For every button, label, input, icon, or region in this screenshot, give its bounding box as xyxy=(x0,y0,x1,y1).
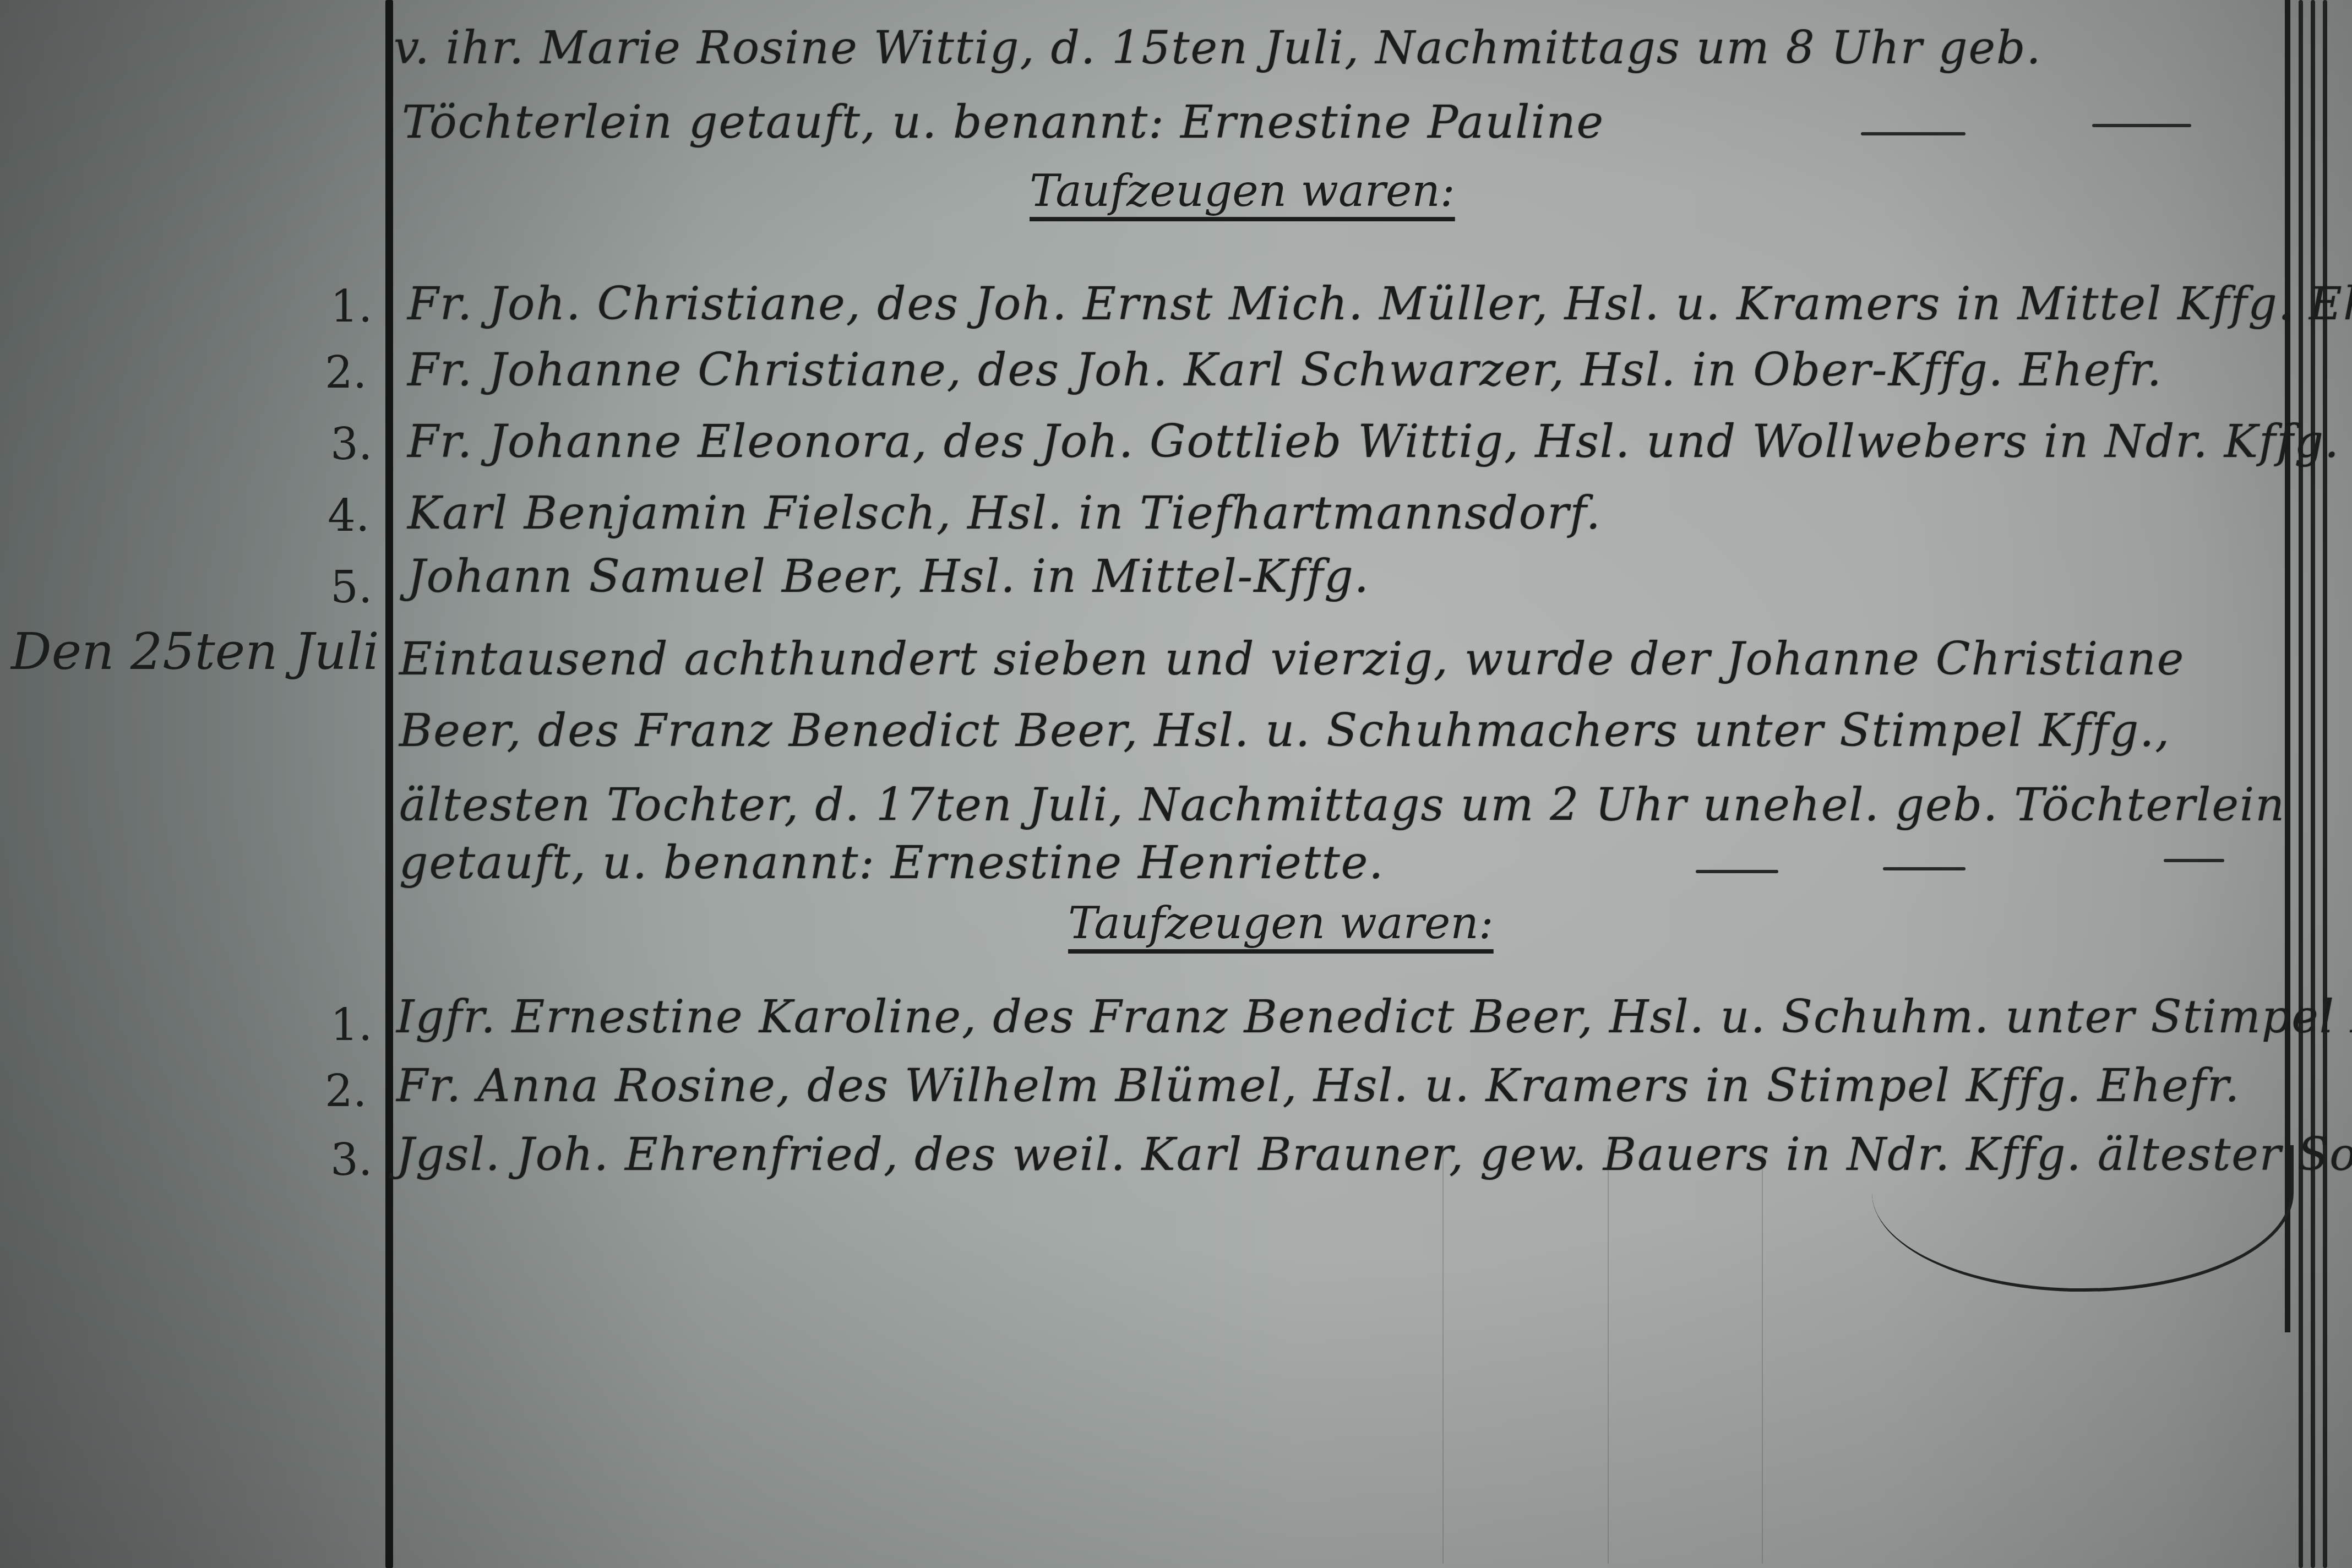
main-entry-line-2: Beer, des Franz Benedict Beer, Hsl. u. S… xyxy=(399,705,2170,757)
margin-rule-line xyxy=(385,0,393,1568)
line-filler-dash xyxy=(1696,870,1778,873)
witness-number: 3. xyxy=(330,1134,372,1185)
witness-number: 4. xyxy=(328,490,369,541)
line-filler-dash xyxy=(1861,132,1966,135)
main-entry-line-3: ältesten Tochter, d. 17ten Juli, Nachmit… xyxy=(399,779,2285,831)
witness-entry: Fr. Johanne Eleonora, des Joh. Gottlieb … xyxy=(407,416,2352,468)
witness-number: 1. xyxy=(330,281,372,332)
witness-entry: Igfr. Ernestine Karoline, des Franz Bene… xyxy=(396,991,2352,1043)
margin-date: Den 25ten Juli xyxy=(11,622,379,681)
witness-entry: Karl Benjamin Fielsch, Hsl. in Tiefhartm… xyxy=(407,487,1602,540)
prev-entry-line-1: v. ihr. Marie Rosine Wittig, d. 15ten Ju… xyxy=(394,22,2042,74)
witness-entry: Fr. Johanne Christiane, des Joh. Karl Sc… xyxy=(407,344,2163,396)
witness-heading-2: Taufzeugen waren: xyxy=(1068,897,1494,949)
witness-entry: Johann Samuel Beer, Hsl. in Mittel-Kffg. xyxy=(407,551,1370,603)
witness-entry: Fr. Joh. Christiane, des Joh. Ernst Mich… xyxy=(407,278,2352,330)
line-filler-dash xyxy=(1883,867,1966,870)
witness-number: 2. xyxy=(325,347,367,398)
witness-heading-1: Taufzeugen waren: xyxy=(1030,165,1455,216)
main-entry-line-4: getauft, u. benannt: Ernestine Henriette… xyxy=(399,837,1384,889)
witness-number: 5. xyxy=(330,562,372,613)
line-filler-dash xyxy=(2092,124,2191,127)
witness-number: 2. xyxy=(325,1065,367,1117)
witness-number: 3. xyxy=(330,418,372,470)
prev-entry-line-2: Töchterlein getauft, u. benannt: Ernesti… xyxy=(402,96,1604,149)
closing-flourish xyxy=(1872,1145,2294,1292)
witness-number: 1. xyxy=(330,999,372,1050)
main-entry-line-1: Eintausend achthundert sieben und vierzi… xyxy=(399,633,2185,685)
line-filler-dash xyxy=(2164,859,2224,862)
witness-entry: Fr. Anna Rosine, des Wilhelm Blümel, Hsl… xyxy=(396,1060,2240,1112)
faint-column-line xyxy=(1762,1145,1763,1564)
faint-column-line xyxy=(1442,1145,1444,1564)
binding-threads xyxy=(2299,0,2337,1568)
faint-column-line xyxy=(1608,1145,1609,1564)
